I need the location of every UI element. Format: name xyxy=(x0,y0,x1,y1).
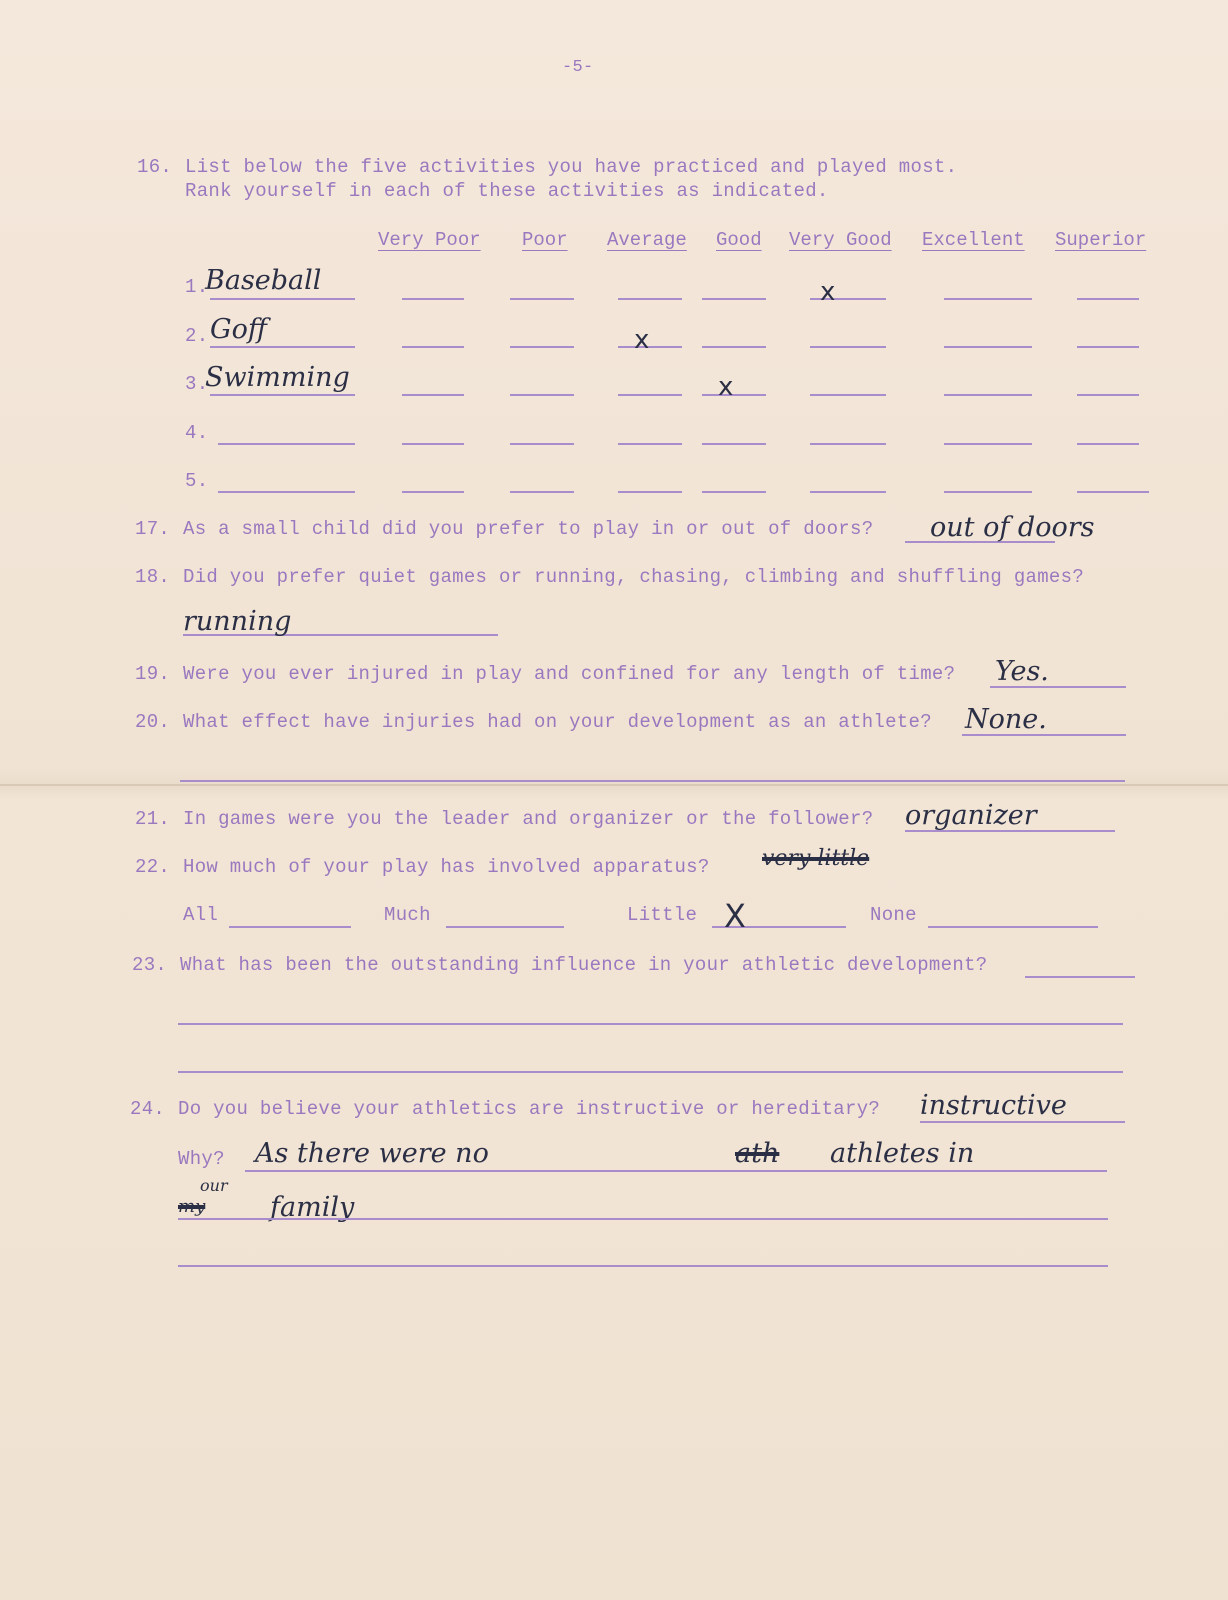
q22-crossed-answer: very little xyxy=(762,846,869,871)
rating-excellent[interactable] xyxy=(944,298,1032,300)
option-all-field[interactable] xyxy=(229,926,351,928)
rating-very-poor[interactable] xyxy=(402,298,464,300)
q19-answer[interactable]: Yes. xyxy=(995,656,1049,687)
row-number: 4. xyxy=(185,422,208,444)
option-none-field[interactable] xyxy=(928,926,1098,928)
q24-why-extra-line[interactable] xyxy=(178,1265,1108,1267)
activity-name[interactable]: Swimming xyxy=(205,362,350,393)
rating-mark: x xyxy=(718,374,733,400)
row-number: 5. xyxy=(185,470,208,492)
q20-number: 20. xyxy=(135,711,170,733)
rating-very-good[interactable] xyxy=(810,443,886,445)
rating-good[interactable] xyxy=(702,394,766,396)
q18-text: Did you prefer quiet games or running, c… xyxy=(183,566,1084,588)
q24-why-part2[interactable]: athletes in xyxy=(830,1138,974,1169)
rating-very-poor[interactable] xyxy=(402,443,464,445)
q19-text: Were you ever injured in play and confin… xyxy=(183,663,955,685)
option-all-label: All xyxy=(183,904,218,926)
rating-poor[interactable] xyxy=(510,298,574,300)
q24-why-crossed-word: ath xyxy=(735,1138,779,1169)
rating-very-good[interactable] xyxy=(810,491,886,493)
rating-good[interactable] xyxy=(702,346,766,348)
activity-name[interactable]: Goff xyxy=(210,314,267,345)
rating-excellent[interactable] xyxy=(944,491,1032,493)
q24-why-label: Why? xyxy=(178,1148,225,1170)
rating-superior[interactable] xyxy=(1077,298,1139,300)
q24-number: 24. xyxy=(130,1098,165,1120)
rating-superior[interactable] xyxy=(1077,394,1139,396)
rating-very-poor[interactable] xyxy=(402,491,464,493)
q23-text: What has been the outstanding influence … xyxy=(180,954,987,976)
rating-mark: x xyxy=(820,279,835,305)
q24-why-crossed-word-2: my xyxy=(178,1196,205,1217)
q23-answer-line-3[interactable] xyxy=(178,1071,1123,1073)
q23-answer-field[interactable] xyxy=(1025,976,1135,978)
q19-number: 19. xyxy=(135,663,170,685)
rating-average[interactable] xyxy=(618,443,682,445)
rating-average[interactable] xyxy=(618,346,682,348)
q21-number: 21. xyxy=(135,808,170,830)
rating-average[interactable] xyxy=(618,394,682,396)
q17-text: As a small child did you prefer to play … xyxy=(183,518,873,540)
q18-number: 18. xyxy=(135,566,170,588)
rating-excellent[interactable] xyxy=(944,443,1032,445)
q24-text: Do you believe your athletics are instru… xyxy=(178,1098,880,1120)
col-average: Average xyxy=(607,229,687,251)
rating-superior[interactable] xyxy=(1077,491,1149,493)
rating-excellent[interactable] xyxy=(944,394,1032,396)
q24-answer[interactable]: instructive xyxy=(920,1090,1067,1121)
q24-why-insert: our xyxy=(200,1176,228,1195)
row-number: 2. xyxy=(185,325,208,347)
q17-number: 17. xyxy=(135,518,170,540)
rating-excellent[interactable] xyxy=(944,346,1032,348)
paper-fold xyxy=(0,784,1228,786)
q16-number: 16. xyxy=(137,156,172,178)
rating-superior[interactable] xyxy=(1077,443,1139,445)
q24-why-part1[interactable]: As there were no xyxy=(255,1138,489,1169)
activity-name-field[interactable] xyxy=(218,491,355,493)
rating-good[interactable] xyxy=(702,443,766,445)
q20-text: What effect have injuries had on your de… xyxy=(183,711,932,733)
rating-poor[interactable] xyxy=(510,491,574,493)
q22-text: How much of your play has involved appar… xyxy=(183,856,710,878)
rating-very-good[interactable] xyxy=(810,394,886,396)
rating-poor[interactable] xyxy=(510,346,574,348)
rating-good[interactable] xyxy=(702,491,766,493)
rating-average[interactable] xyxy=(618,298,682,300)
rating-very-poor[interactable] xyxy=(402,346,464,348)
q18-answer[interactable]: running xyxy=(183,606,291,637)
q16-line1: List below the five activities you have … xyxy=(185,156,957,178)
page-number: -5- xyxy=(562,58,594,77)
q21-text: In games were you the leader and organiz… xyxy=(183,808,873,830)
activity-name[interactable]: Baseball xyxy=(205,265,321,296)
q22-number: 22. xyxy=(135,856,170,878)
q16-line2: Rank yourself in each of these activitie… xyxy=(185,180,829,202)
col-very-poor: Very Poor xyxy=(378,229,481,251)
rating-poor[interactable] xyxy=(510,443,574,445)
option-much-field[interactable] xyxy=(446,926,564,928)
rating-very-good[interactable] xyxy=(810,346,886,348)
q21-answer[interactable]: organizer xyxy=(905,800,1037,831)
q23-answer-line-2[interactable] xyxy=(178,1023,1123,1025)
col-very-good: Very Good xyxy=(789,229,892,251)
option-little-mark: X xyxy=(724,900,746,932)
col-superior: Superior xyxy=(1055,229,1146,251)
rating-good[interactable] xyxy=(702,298,766,300)
activity-name-field[interactable] xyxy=(218,443,355,445)
rating-poor[interactable] xyxy=(510,394,574,396)
rating-very-poor[interactable] xyxy=(402,394,464,396)
col-good: Good xyxy=(716,229,762,251)
rating-average[interactable] xyxy=(618,491,682,493)
q23-number: 23. xyxy=(132,954,167,976)
option-little-label: Little xyxy=(627,904,697,926)
rating-superior[interactable] xyxy=(1077,346,1139,348)
col-excellent: Excellent xyxy=(922,229,1025,251)
q17-answer[interactable]: out of doors xyxy=(930,512,1094,543)
option-much-label: Much xyxy=(384,904,431,926)
rating-mark: x xyxy=(634,327,649,353)
col-poor: Poor xyxy=(522,229,568,251)
q20-continuation-line[interactable] xyxy=(180,780,1125,782)
option-none-label: None xyxy=(870,904,917,926)
q20-answer[interactable]: None. xyxy=(965,704,1047,735)
